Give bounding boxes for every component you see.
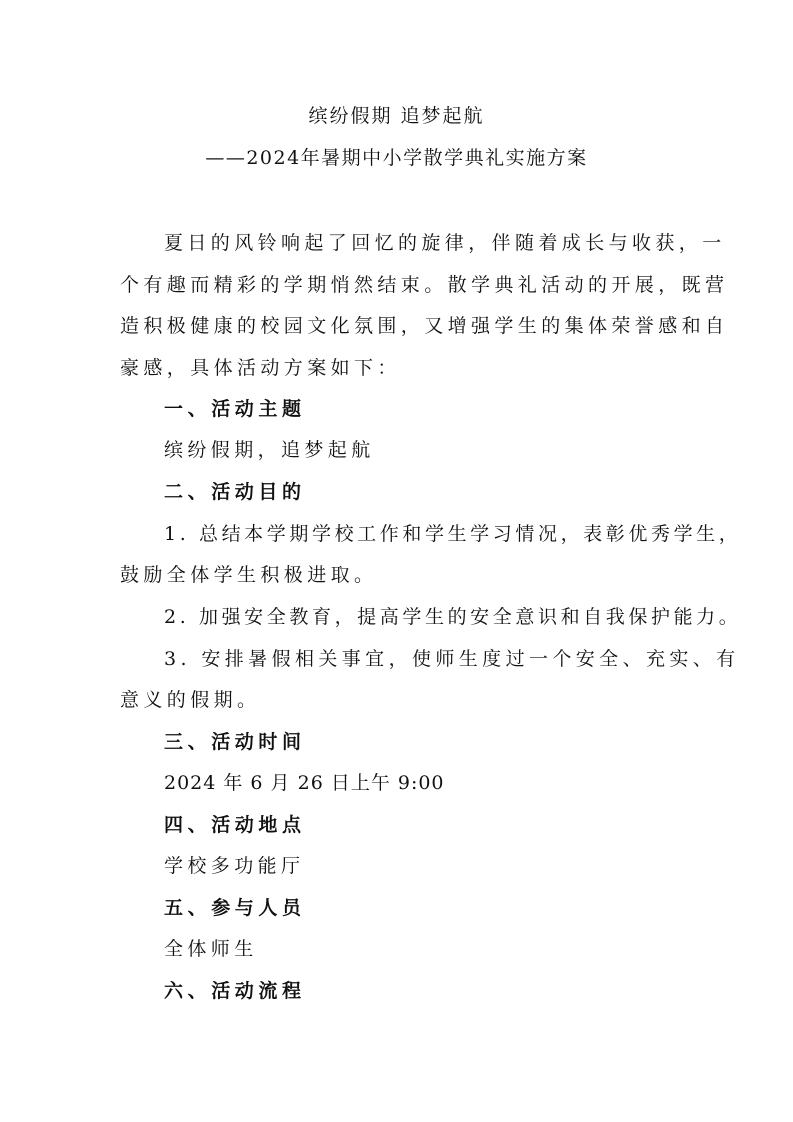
- document-subtitle: ——2024年暑期中小学散学典礼实施方案: [0, 149, 793, 168]
- section-text: 学校多功能厅: [164, 857, 304, 876]
- section-text: 缤纷假期，追梦起航: [164, 441, 375, 460]
- section-heading-theme: 一、活动主题: [164, 400, 306, 419]
- purpose-item-line: 1. 总结本学期学校工作和学生学习情况，表彰优秀学生，: [164, 525, 741, 544]
- document-page: 缤纷假期 追梦起航 ——2024年暑期中小学散学典礼实施方案 夏日的风铃响起了回…: [0, 0, 793, 1122]
- intro-paragraph-line: 造积极健康的校园文化氛围，又增强学生的集体荣誉感和自: [120, 317, 728, 336]
- purpose-item-line: 鼓励全体学生积极进取。: [120, 566, 377, 585]
- section-text: 全体师生: [164, 940, 258, 959]
- section-heading-participants: 五、参与人员: [164, 899, 306, 918]
- purpose-item-line: 3. 安排暑假相关事宜，使师生度过一个安全、充实、有: [164, 650, 740, 669]
- section-heading-process: 六、活动流程: [164, 982, 306, 1001]
- intro-paragraph-line: 夏日的风铃响起了回忆的旋律，伴随着成长与收获，一: [164, 234, 726, 253]
- intro-paragraph-line: 个有趣而精彩的学期悄然结束。散学典礼活动的开展，既营: [120, 276, 728, 295]
- section-heading-time: 三、活动时间: [164, 733, 306, 752]
- purpose-item-line: 2. 加强安全教育，提高学生的安全意识和自我保护能力。: [164, 608, 741, 627]
- document-title: 缤纷假期 追梦起航: [0, 107, 793, 126]
- section-text: 2024 年 6 月 26 日上午 9:00: [164, 774, 445, 793]
- section-heading-location: 四、活动地点: [164, 816, 306, 835]
- intro-paragraph-line: 豪感，具体活动方案如下：: [120, 359, 401, 378]
- section-heading-purpose: 二、活动目的: [164, 483, 306, 502]
- purpose-item-line: 意义的假期。: [120, 691, 260, 710]
